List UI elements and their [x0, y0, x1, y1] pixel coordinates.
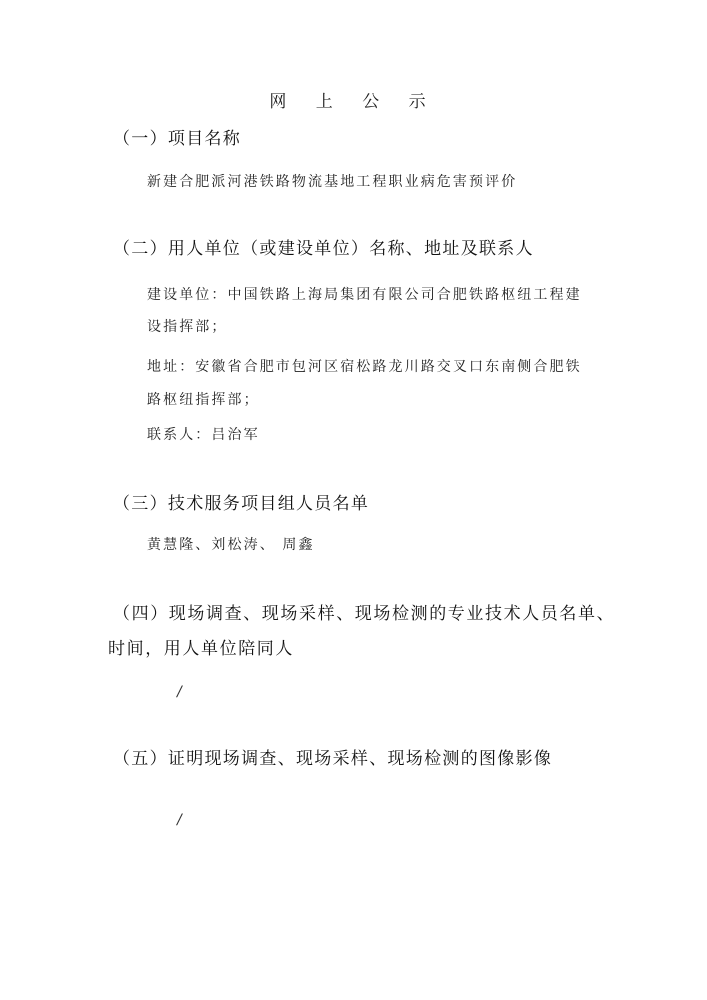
section-4-heading-line-2: 时间，用人单位陪同人	[108, 641, 294, 658]
section-5-placeholder: /	[177, 813, 182, 827]
team-members: 黄慧隆、刘松涛、 周鑫	[147, 538, 315, 552]
section-3-heading: （三）技术服务项目组人员名单	[113, 496, 369, 513]
section-5-heading: （五）证明现场调查、现场采样、现场检测的图像影像	[113, 751, 552, 768]
section-4-placeholder: /	[177, 685, 182, 699]
section-1-heading: （一）项目名称	[113, 131, 241, 148]
contact-person: 联系人：吕治军	[147, 428, 260, 442]
document-page: 网 上 公 示 （一）项目名称 新建合肥派河港铁路物流基地工程职业病危害预评价 …	[0, 0, 707, 1000]
document-title: 网 上 公 示	[0, 94, 707, 111]
project-name: 新建合肥派河港铁路物流基地工程职业病危害预评价	[147, 175, 517, 189]
section-2-heading: （二）用人单位（或建设单位）名称、地址及联系人	[113, 241, 534, 258]
construction-unit-line-2: 设指挥部；	[147, 320, 228, 334]
address-line-2: 路枢纽指挥部；	[147, 393, 260, 407]
section-4-heading-line-1: （四）现场调查、现场采样、现场检测的专业技术人员名单、	[113, 606, 615, 623]
construction-unit-line-1: 建设单位：中国铁路上海局集团有限公司合肥铁路枢纽工程建	[147, 288, 582, 302]
address-line-1: 地址：安徽省合肥市包河区宿松路龙川路交叉口东南侧合肥铁	[147, 360, 582, 374]
